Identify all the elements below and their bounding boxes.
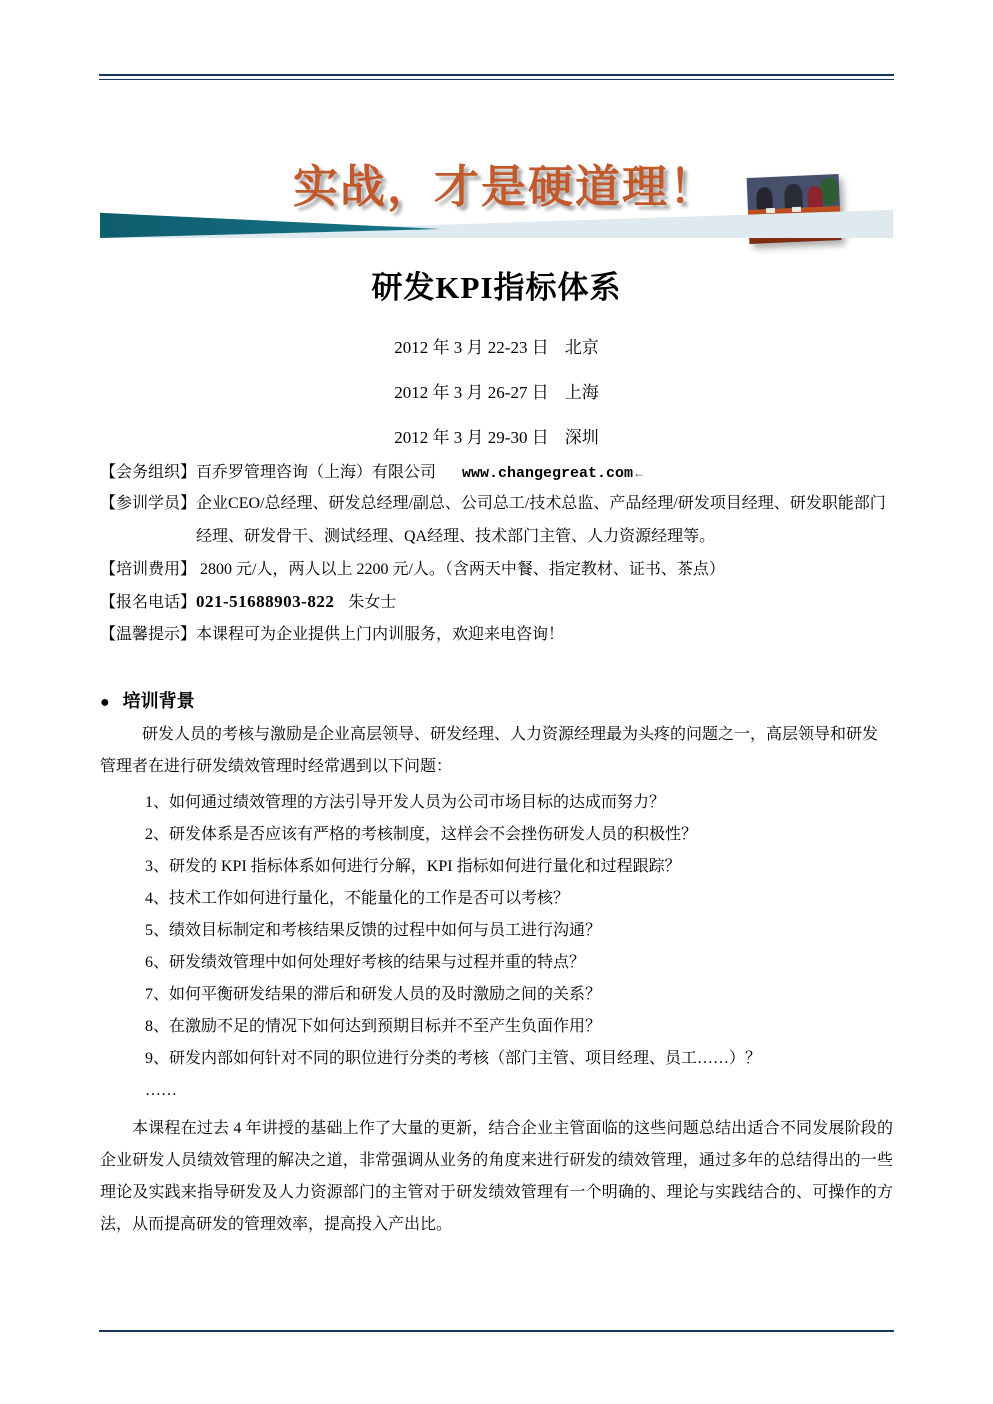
question-list: 1、如何通过绩效管理的方法引导开发人员为公司市场目标的达成而努力？ 2、研发体系… <box>100 787 893 1107</box>
phone-label: 【报名电话】 <box>100 594 196 611</box>
tip-text: 本课程可为企业提供上门内训服务，欢迎来电咨询！ <box>196 626 564 643</box>
session-date: 2012 年 3 月 22-23 日北京 <box>100 325 893 370</box>
audience-text: 企业CEO/总经理、研发总经理/副总、公司总工/技术总监、产品经理/研发项目经理… <box>196 495 886 545</box>
phone-line: 【报名电话】021-51688903-822朱女士 <box>100 586 893 619</box>
session-dates: 2012 年 3 月 22-23 日北京 2012 年 3 月 26-27 日上… <box>100 325 893 460</box>
session-date-text: 2012 年 3 月 22-23 日 <box>394 338 548 357</box>
background-heading-text: 培训背景 <box>123 691 195 711</box>
question-item: 6、研发绩效管理中如何处理好考核的结果与过程并重的特点？ <box>100 947 893 979</box>
audience-line: 【参训学员】企业CEO/总经理、研发总经理/副总、公司总工/技术总监、产品经理/… <box>100 487 893 553</box>
tip-label: 【温馨提示】 <box>100 626 196 643</box>
fee-line: 【培训费用】 2800 元/人，两人以上 2200 元/人。（含两天中餐、指定教… <box>100 553 893 586</box>
tip-line: 【温馨提示】本课程可为企业提供上门内训服务，欢迎来电咨询！ <box>100 619 893 651</box>
question-item: 3、研发的 KPI 指标体系如何进行分解，KPI 指标如何进行量化和过程跟踪？ <box>100 851 893 883</box>
bullet-icon: ● <box>100 694 110 711</box>
question-item: 7、如何平衡研发结果的滞后和研发人员的及时激励之间的关系？ <box>100 979 893 1011</box>
fee-label: 【培训费用】 <box>100 561 196 578</box>
document-content: 实战，才是硬道理！ 研发KPI指标体系 2012 年 3 月 22-23 日北京 <box>100 80 893 1241</box>
question-item: 2、研发体系是否应该有严格的考核制度，这样会不会挫伤研发人员的积极性？ <box>100 819 893 851</box>
website-link[interactable]: www.changegreat.com <box>462 465 633 482</box>
session-date-text: 2012 年 3 月 29-30 日 <box>394 428 548 447</box>
phone-number: 021-51688903-822 <box>196 592 334 611</box>
session-date-text: 2012 年 3 月 26-27 日 <box>394 383 548 402</box>
fee-text: 2800 元/人，两人以上 2200 元/人。（含两天中餐、指定教材、证书、茶点… <box>200 561 725 578</box>
question-item: 4、技术工作如何进行量化，不能量化的工作是否可以考核？ <box>100 883 893 915</box>
session-date: 2012 年 3 月 26-27 日上海 <box>100 370 893 415</box>
question-item: 1、如何通过绩效管理的方法引导开发人员为公司市场目标的达成而努力？ <box>100 787 893 819</box>
question-item-ellipsis: …… <box>100 1075 893 1107</box>
bottom-divider <box>99 1330 894 1332</box>
session-city: 深圳 <box>565 428 599 447</box>
question-item: 5、绩效目标制定和考核结果反馈的过程中如何与员工进行沟通？ <box>100 915 893 947</box>
question-item: 9、研发内部如何针对不同的职位进行分类的考核（部门主管、项目经理、员工……）？ <box>100 1043 893 1075</box>
contact-person: 朱女士 <box>348 594 396 611</box>
organizer-line: 【会务组织】百乔罗管理咨询（上海）有限公司www.changegreat.com… <box>100 460 893 487</box>
session-city: 北京 <box>565 338 599 357</box>
session-city: 上海 <box>565 383 599 402</box>
course-title: 研发KPI指标体系 <box>100 262 893 307</box>
question-item: 8、在激励不足的情况下如何达到预期目标并不至产生负面作用？ <box>100 1011 893 1043</box>
header-banner: 实战，才是硬道理！ <box>100 80 893 238</box>
background-summary: 本课程在过去 4 年讲授的基础上作了大量的更新，结合企业主管面临的这些问题总结出… <box>100 1113 893 1241</box>
background-intro: 研发人员的考核与激励是企业高层领导、研发经理、人力资源经理最为头疼的问题之一，高… <box>100 719 893 783</box>
session-date: 2012 年 3 月 29-30 日深圳 <box>100 415 893 460</box>
person-shape <box>784 184 803 210</box>
document-page: 实战，才是硬道理！ 研发KPI指标体系 2012 年 3 月 22-23 日北京 <box>0 0 993 1404</box>
audience-label: 【参训学员】 <box>100 495 196 512</box>
organizer-name: 百乔罗管理咨询（上海）有限公司 <box>196 464 436 481</box>
person-shape <box>807 186 823 209</box>
background-heading: ●培训背景 <box>100 687 893 717</box>
organizer-label: 【会务组织】 <box>100 464 196 481</box>
return-mark-icon: ← <box>633 466 645 480</box>
banner-swoosh <box>100 208 893 238</box>
